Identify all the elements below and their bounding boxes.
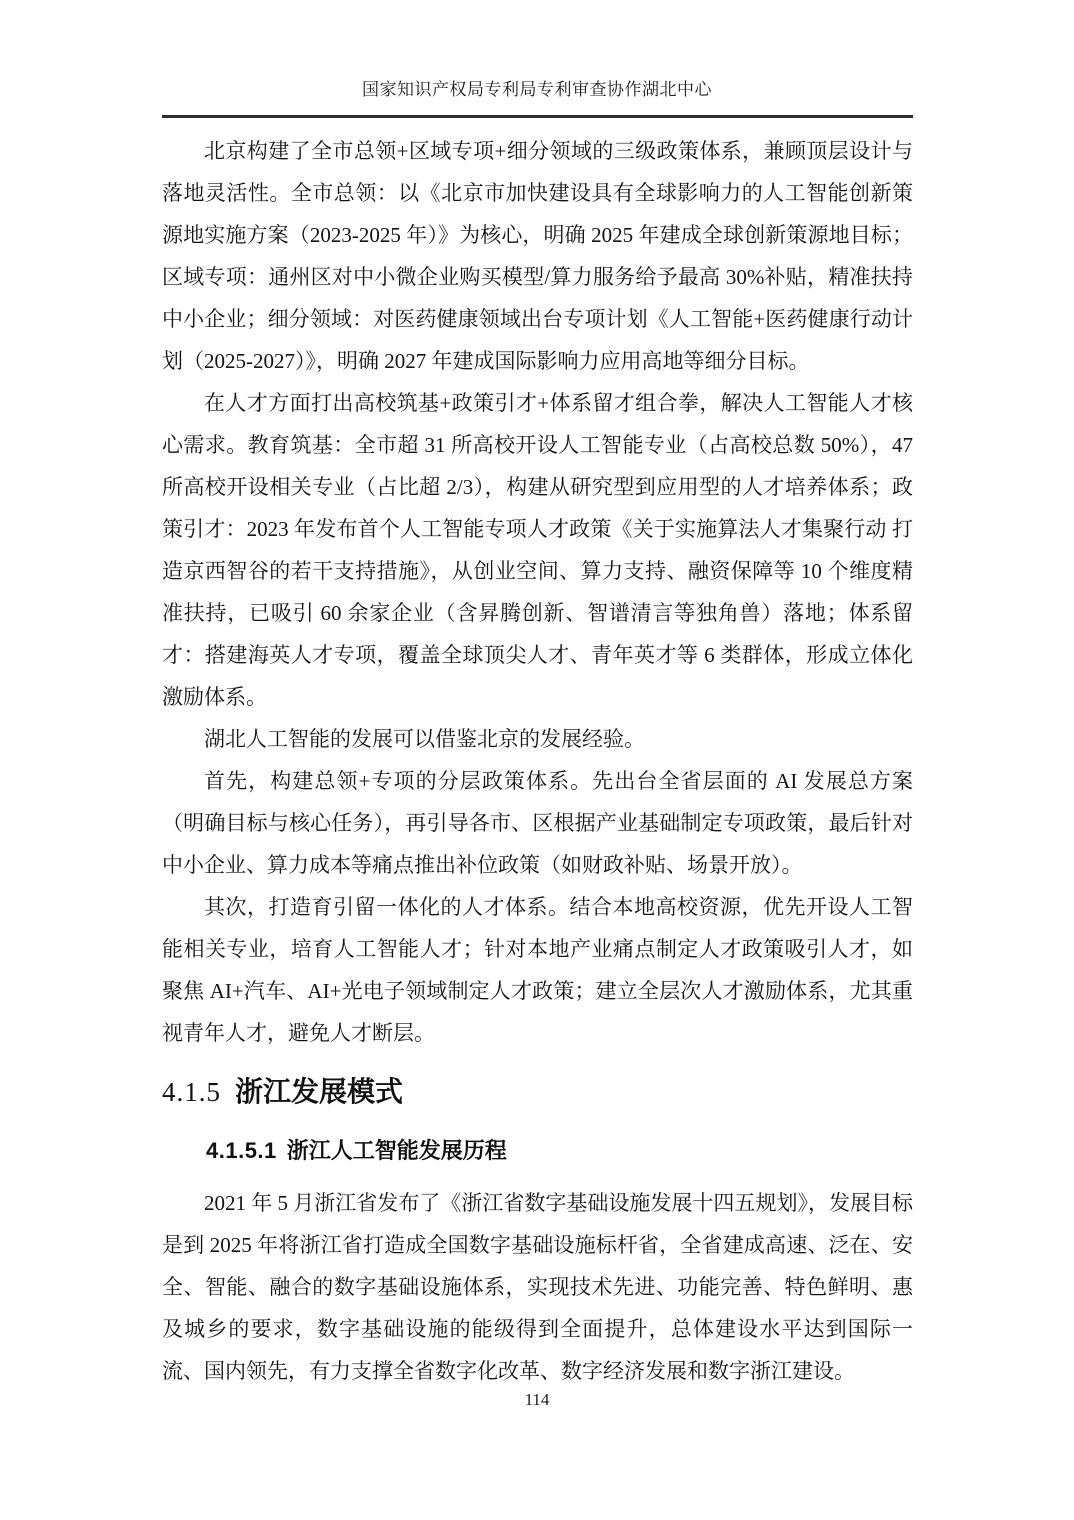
- page-number: 114: [0, 1390, 1074, 1410]
- body-paragraph-beijing-policy: 北京构建了全市总领+区域专项+细分领域的三级政策体系，兼顾顶层设计与落地灵活性。…: [162, 130, 913, 382]
- body-paragraph-beijing-talent: 在人才方面打出高校筑基+政策引才+体系留才组合拳，解决人工智能人才核心需求。教育…: [162, 382, 913, 718]
- section-heading-4-1-5: 4.1.5浙江发展模式: [162, 1074, 913, 1110]
- body-paragraph-zhejiang-history: 2021 年 5 月浙江省发布了《浙江省数字基础设施发展十四五规划》，发展目标是…: [162, 1182, 913, 1392]
- body-paragraph-first-suggestion: 首先，构建总领+专项的分层政策体系。先出台全省层面的 AI 发展总方案（明确目标…: [162, 760, 913, 886]
- document-body: 北京构建了全市总领+区域专项+细分领域的三级政策体系，兼顾顶层设计与落地灵活性。…: [162, 0, 913, 1392]
- body-paragraph-second-suggestion: 其次，打造育引留一体化的人才体系。结合本地高校资源，优先开设人工智能相关专业，培…: [162, 886, 913, 1054]
- subsection-heading-4-1-5-1: 4.1.5.1浙江人工智能发展历程: [162, 1136, 913, 1166]
- section-heading-title: 浙江发展模式: [235, 1076, 403, 1107]
- body-paragraph-hubei-reference: 湖北人工智能的发展可以借鉴北京的发展经验。: [162, 718, 913, 760]
- document-page: 国家知识产权局专利局专利审查协作湖北中心 北京构建了全市总领+区域专项+细分领域…: [0, 0, 1074, 1520]
- subsection-heading-title: 浙江人工智能发展历程: [287, 1138, 507, 1163]
- section-heading-number: 4.1.5: [162, 1077, 221, 1107]
- subsection-heading-number: 4.1.5.1: [206, 1138, 277, 1163]
